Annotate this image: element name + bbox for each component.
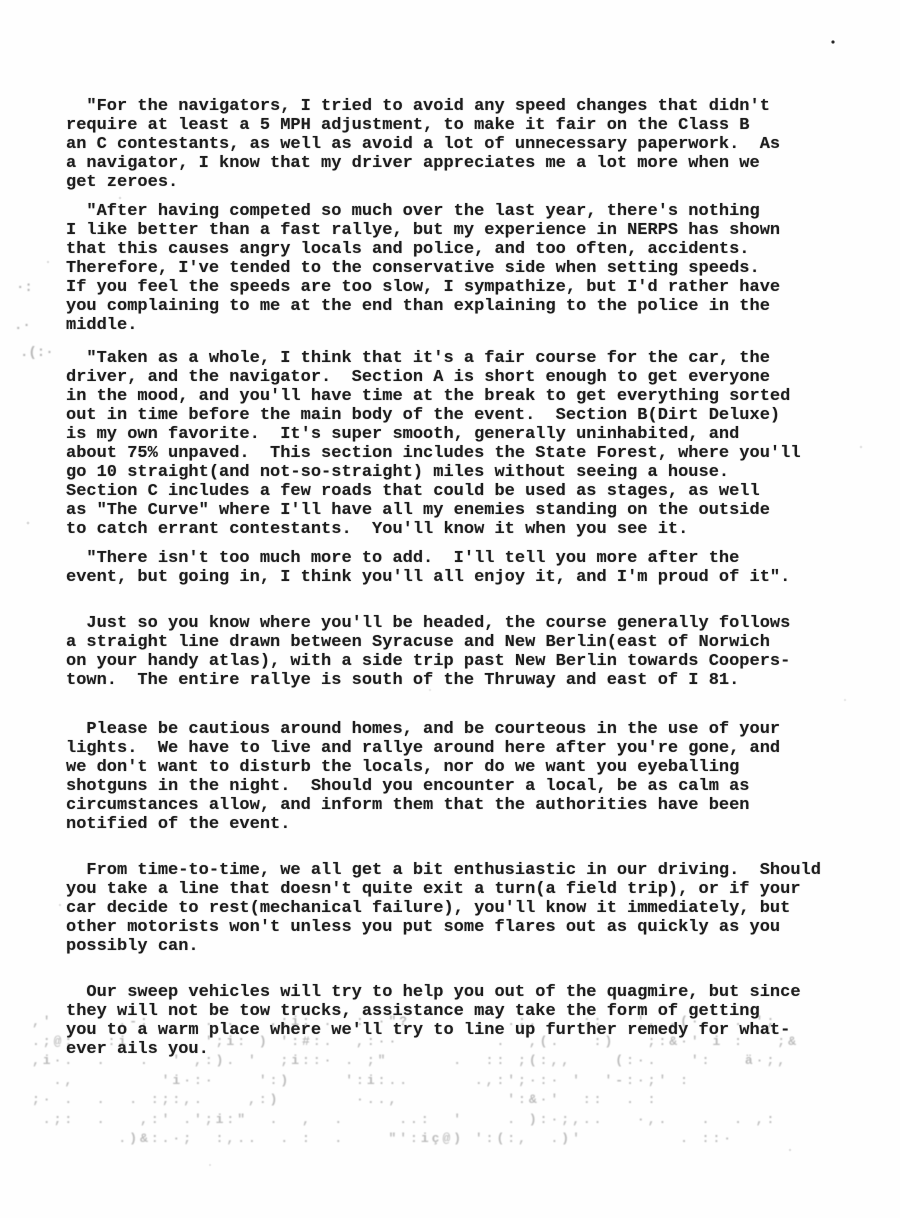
paragraph-navigators: "For the navigators, I tried to avoid an… bbox=[66, 97, 878, 192]
paragraph-taken-as-whole: "Taken as a whole, I think that it's a f… bbox=[66, 349, 878, 539]
typewritten-body: "For the navigators, I tried to avoid an… bbox=[66, 97, 878, 1059]
paragraph-competed: "After having competed so much over the … bbox=[66, 202, 878, 335]
paragraph-cautious-homes: Please be cautious around homes, and be … bbox=[66, 720, 878, 834]
paragraph-more-to-add: "There isn't too much more to add. I'll … bbox=[66, 549, 878, 587]
scan-noise-row: ,' .-: . . ,;i: . : ·"? . .;, :: ', ,(· … bbox=[32, 1012, 868, 1032]
paragraph-enthusiastic-driving: From time-to-time, we all get a bit enth… bbox=[66, 861, 878, 956]
scan-smudge-mark: .· bbox=[14, 318, 31, 334]
scan-noise-row: .)&:.·; :,.. . : . "':iç@) ':(:, .)' . :… bbox=[32, 1129, 868, 1149]
scanned-page: "For the navigators, I tried to avoid an… bbox=[0, 0, 900, 1218]
scan-noise-row: ;· . . . :;:,. ,:) ·.., ':&·' :: . : bbox=[32, 1090, 868, 1110]
scan-smudge-mark: ·: bbox=[16, 280, 33, 296]
scan-smudge-mark: .(:· bbox=[20, 345, 54, 361]
scan-noise-bleedthrough: ,' .-: . . ,;i: . : ·"? . .;, :: ', ,(· … bbox=[32, 1012, 868, 1149]
paragraph-course-route: Just so you know where you'll be headed,… bbox=[66, 614, 878, 690]
scan-noise-row: .;@: :i. ';i: ) ':#:. ,:·· . ,(. :) ;:&·… bbox=[32, 1032, 868, 1052]
scan-noise-row: ., 'i·:· ':) ':i:.. .,:';·:· ' '-:·;' : bbox=[32, 1071, 868, 1091]
scan-noise-row: ,i·. . . ' ,:). ' ;i::· . ;" . :: ;(:,, … bbox=[32, 1051, 868, 1071]
scan-noise-row: .;: . ,:' .';i:" . , . ..: ' . ):·;,.. ·… bbox=[32, 1110, 868, 1130]
